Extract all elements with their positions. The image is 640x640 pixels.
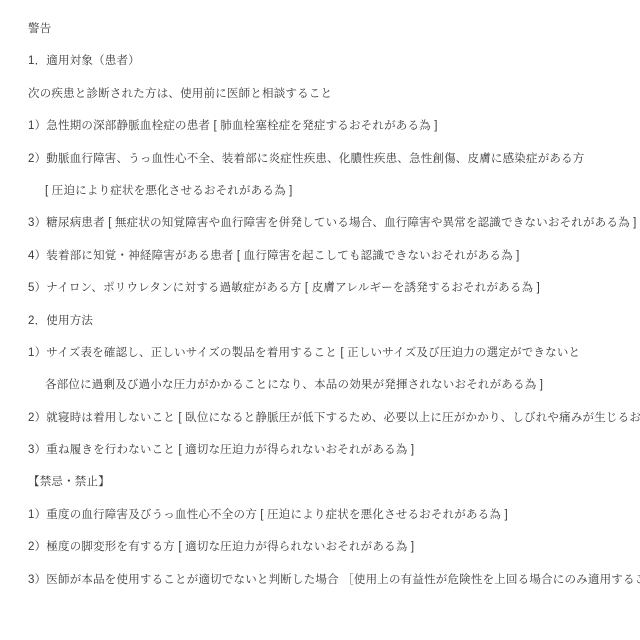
usage-item-1: 1）サイズ表を確認し、正しいサイズの製品を着用すること [ 正しいサイズ及び圧迫… bbox=[0, 337, 640, 369]
usage-item-3: 3）重ね履きを行わないこと [ 適切な圧迫力が得られないおそれがある為 ] bbox=[0, 434, 640, 466]
text-line-intro: 次の疾患と診断された方は、使用前に医師と相談すること bbox=[0, 78, 640, 110]
usage-item-1-continuation: 各部位に過剰及び過小な圧力がかかることになり、本品の効果が発揮されないおそれがあ… bbox=[0, 369, 640, 401]
contraindication-item-3: 3）医師が本品を使用することが適切でないと判断した場合 ［使用上の有益性が危険性… bbox=[0, 564, 640, 596]
section-heading-usage: 2．使用方法 bbox=[0, 305, 640, 337]
list-item-2-continuation: [ 圧迫により症状を悪化させるおそれがある為 ] bbox=[0, 175, 640, 207]
list-item-2: 2）動脈血行障害、うっ血性心不全、装着部に炎症性疾患、化膿性疾患、急性創傷、皮膚… bbox=[0, 143, 640, 175]
list-item-5: 5）ナイロン、ポリウレタンに対する過敏症がある方 [ 皮膚アレルギーを誘発するお… bbox=[0, 272, 640, 304]
contraindication-item-2: 2）極度の脚変形を有する方 [ 適切な圧迫力が得られないおそれがある為 ] bbox=[0, 531, 640, 563]
section-heading-contraindications: 【禁忌・禁止】 bbox=[0, 466, 640, 498]
list-item-1: 1）急性期の深部静脈血栓症の患者 [ 肺血栓塞栓症を発症するおそれがある為 ] bbox=[0, 110, 640, 142]
document-page: 警告 1．適用対象（患者） 次の疾患と診断された方は、使用前に医師と相談すること… bbox=[0, 0, 640, 596]
contraindication-item-1: 1）重度の血行障害及びうっ血性心不全の方 [ 圧迫により症状を悪化させるおそれが… bbox=[0, 499, 640, 531]
list-item-3: 3）糖尿病患者 [ 無症状の知覚障害や血行障害を併発している場合、血行障害や異常… bbox=[0, 207, 640, 239]
list-item-4: 4）装着部に知覚・神経障害がある患者 [ 血行障害を起こしても認識できないおそれ… bbox=[0, 240, 640, 272]
document-heading: 警告 bbox=[0, 13, 640, 45]
section-heading-applicable-patients: 1．適用対象（患者） bbox=[0, 45, 640, 77]
usage-item-2: 2）就寝時は着用しないこと [ 臥位になると静脈圧が低下するため、必要以上に圧が… bbox=[0, 402, 640, 434]
